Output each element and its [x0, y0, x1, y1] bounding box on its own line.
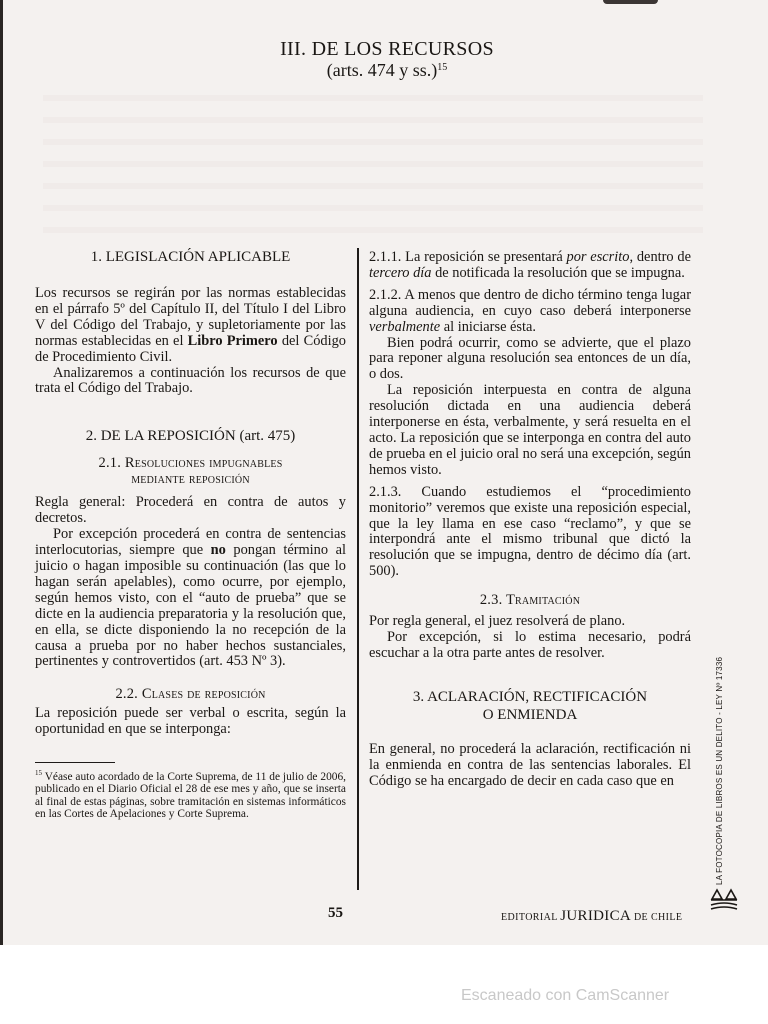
- chapter-header: III. DE LOS RECURSOS (arts. 474 y ss.)15: [3, 38, 768, 80]
- text: pongan término al juicio o hagan imposib…: [35, 542, 346, 669]
- heading-line: 2.2. Clases de reposición: [115, 686, 265, 702]
- paragraph-2-1-3: 2.1.3. Cuando estudiemos el “procedimien…: [369, 485, 691, 580]
- show-through-text: [43, 95, 703, 235]
- heading-line: O ENMIENDA: [483, 707, 578, 723]
- column-divider: [357, 248, 359, 890]
- subsection-heading-2-1: 2.1. Resoluciones impugnables mediante r…: [35, 455, 346, 487]
- italic-text: por escrito: [567, 249, 630, 265]
- publisher-text: DE CHILE: [634, 912, 682, 923]
- right-column: 2.1.1. La reposición se presentará por e…: [369, 250, 691, 790]
- section-heading-3: 3. ACLARACIÓN, RECTIFICACIÓN O ENMIENDA: [369, 688, 691, 724]
- paragraph: La reposición interpuesta en contra de a…: [369, 383, 691, 478]
- left-column: 1. LEGISLACIÓN APLICABLE Los recursos se…: [35, 248, 346, 821]
- publisher-text: EDITORIAL: [501, 912, 557, 923]
- paragraph: La reposición puede ser verbal o escrita…: [35, 706, 346, 738]
- paragraph: Los recursos se regirán por las normas e…: [35, 286, 346, 366]
- heading-line: 2.3. Tramitación: [480, 592, 580, 608]
- chapter-title: III. DE LOS RECURSOS: [3, 38, 768, 60]
- publisher-imprint: EDITORIAL JURIDICA DE CHILE: [501, 908, 682, 925]
- heading-line: mediante reposición: [131, 471, 250, 487]
- footnote-ref: 15: [437, 62, 447, 73]
- copyright-notice: LA FOTOCOPIA DE LIBROS ES UN DELITO - LE…: [715, 657, 724, 885]
- paragraph-2-1-2: 2.1.2. A menos que dentro de dicho térmi…: [369, 288, 691, 336]
- subsection-heading-2-3: 2.3. Tramitación: [369, 592, 691, 608]
- section-heading-1: 1. LEGISLACIÓN APLICABLE: [35, 248, 346, 266]
- text: , dentro de: [629, 249, 691, 265]
- paragraph: Por excepción, si lo estima necesario, p…: [369, 630, 691, 662]
- text: 2.1.1. La reposición se presentará: [369, 249, 567, 265]
- footnote-rule: [35, 762, 115, 763]
- paragraph: En general, no procederá la aclaración, …: [369, 742, 691, 790]
- scanned-page: III. DE LOS RECURSOS (arts. 474 y ss.)15…: [0, 0, 768, 945]
- bold-text: Libro Primero: [188, 333, 278, 349]
- heading-line: 3. ACLARACIÓN, RECTIFICACIÓN: [413, 689, 647, 705]
- paragraph-2-1-1: 2.1.1. La reposición se presentará por e…: [369, 250, 691, 282]
- footnote-number: 15: [35, 769, 42, 777]
- paragraph: Analizaremos a continuación los recursos…: [35, 366, 346, 398]
- text: de notificada la resolución que se impug…: [431, 265, 684, 281]
- bold-text: no: [211, 542, 226, 558]
- scanner-watermark: Escaneado con CamScanner: [461, 987, 669, 1005]
- footnote: 15 Véase auto acordado de la Corte Supre…: [35, 767, 346, 820]
- publisher-name: JURIDICA: [560, 908, 631, 924]
- text: al iniciarse ésta.: [440, 319, 536, 335]
- chapter-subtitle: (arts. 474 y ss.)15: [3, 60, 768, 80]
- footnote-text: Véase auto acordado de la Corte Suprema,…: [35, 771, 346, 820]
- section-heading-2: 2. DE LA REPOSICIÓN (art. 475): [35, 427, 346, 445]
- heading-line: 2.1. Resoluciones impugnables: [99, 455, 283, 471]
- italic-text: verbalmente: [369, 319, 440, 335]
- scan-artifact: [603, 0, 658, 4]
- paragraph: Por regla general, el juez resolverá de …: [369, 614, 691, 630]
- chapter-subtitle-text: (arts. 474 y ss.): [327, 60, 438, 80]
- paragraph: Por excepción procederá en contra de sen…: [35, 527, 346, 670]
- paragraph: Regla general: Procederá en contra de au…: [35, 495, 346, 527]
- scales-of-justice-icon: [709, 887, 739, 915]
- text: 2.1.2. A menos que dentro de dicho térmi…: [369, 287, 691, 319]
- italic-text: tercero día: [369, 265, 431, 281]
- subsection-heading-2-2: 2.2. Clases de reposición: [35, 686, 346, 702]
- paragraph: Bien podrá ocurrir, como se advierte, qu…: [369, 336, 691, 384]
- page-number: 55: [328, 905, 343, 922]
